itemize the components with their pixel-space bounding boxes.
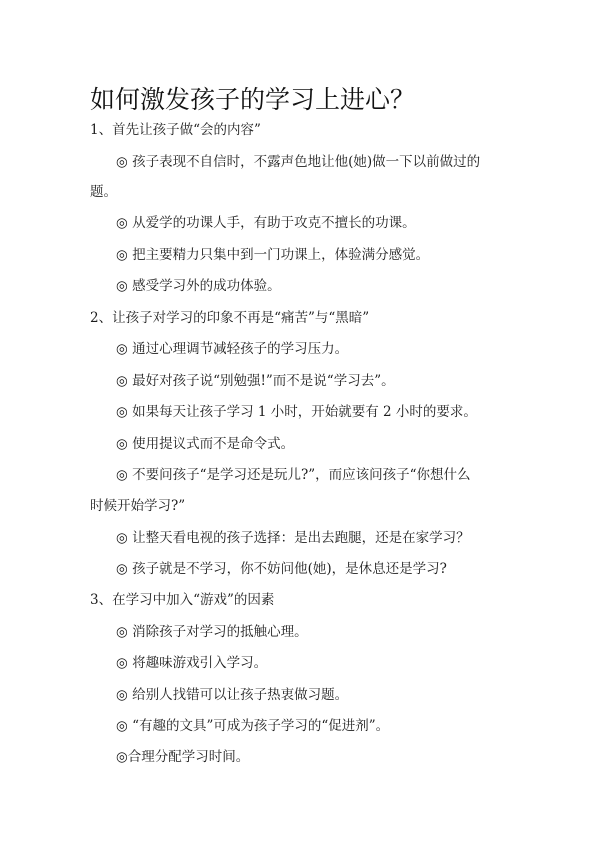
bullet-item: ◎ 消除孩子对学习的抵触心理。 bbox=[116, 623, 308, 641]
bullet-item: ◎ 通过心理调节减轻孩子的学习压力。 bbox=[116, 340, 348, 358]
bullet-item: ◎ 孩子表现不自信时，不露声色地让他(她)做一下以前做过的 bbox=[116, 153, 480, 171]
bullet-item: ◎合理分配学习时间。 bbox=[116, 748, 249, 766]
section-heading-1: 1、首先让孩子做“会的内容” bbox=[90, 121, 261, 139]
document-page: 如何激发孩子的学习上进心？ 1、首先让孩子做“会的内容” ◎ 孩子表现不自信时，… bbox=[0, 0, 596, 842]
bullet-item: ◎ 从爱学的功课人手，有助于攻克不擅长的功课。 bbox=[116, 214, 416, 232]
bullet-item: ◎ 把主要精力只集中到一门功课上，体验满分感觉。 bbox=[116, 246, 429, 264]
bullet-item: ◎ 将趣味游戏引入学习。 bbox=[116, 654, 267, 672]
bullet-item: ◎ 不要问孩子“是学习还是玩儿?”，而应该问孩子“你想什么 bbox=[116, 466, 471, 484]
bullet-continuation: 题。 bbox=[90, 183, 117, 201]
bullet-item: ◎ 孩子就是不学习，你不妨问他(她)，是休息还是学习? bbox=[116, 560, 447, 578]
bullet-item: ◎ 给别人找错可以让孩子热衷做习题。 bbox=[116, 686, 348, 704]
bullet-item: ◎ 感受学习外的成功体验。 bbox=[116, 277, 281, 295]
bullet-item: ◎ 使用提议式而不是命令式。 bbox=[116, 435, 294, 453]
bullet-item: ◎ 让整天看电视的孩子选择：是出去跑腿，还是在家学习？ bbox=[116, 529, 470, 547]
document-title: 如何激发孩子的学习上进心？ bbox=[90, 84, 415, 116]
section-heading-2: 2、让孩子对学习的印象不再是“痛苦”与“黑暗” bbox=[90, 309, 369, 327]
bullet-continuation: 时候开始学习?” bbox=[90, 497, 185, 515]
bullet-item: ◎ “有趣的文具”可成为孩子学习的“促进剂”。 bbox=[116, 717, 389, 735]
bullet-item: ◎ 最好对孩子说“别勉强!”而不是说“学习去”。 bbox=[116, 372, 395, 390]
bullet-item: ◎ 如果每天让孩子学习 1 小时，开始就要有 2 小时的要求。 bbox=[116, 403, 477, 421]
section-heading-3: 3、在学习中加入“游戏”的因素 bbox=[90, 591, 274, 609]
